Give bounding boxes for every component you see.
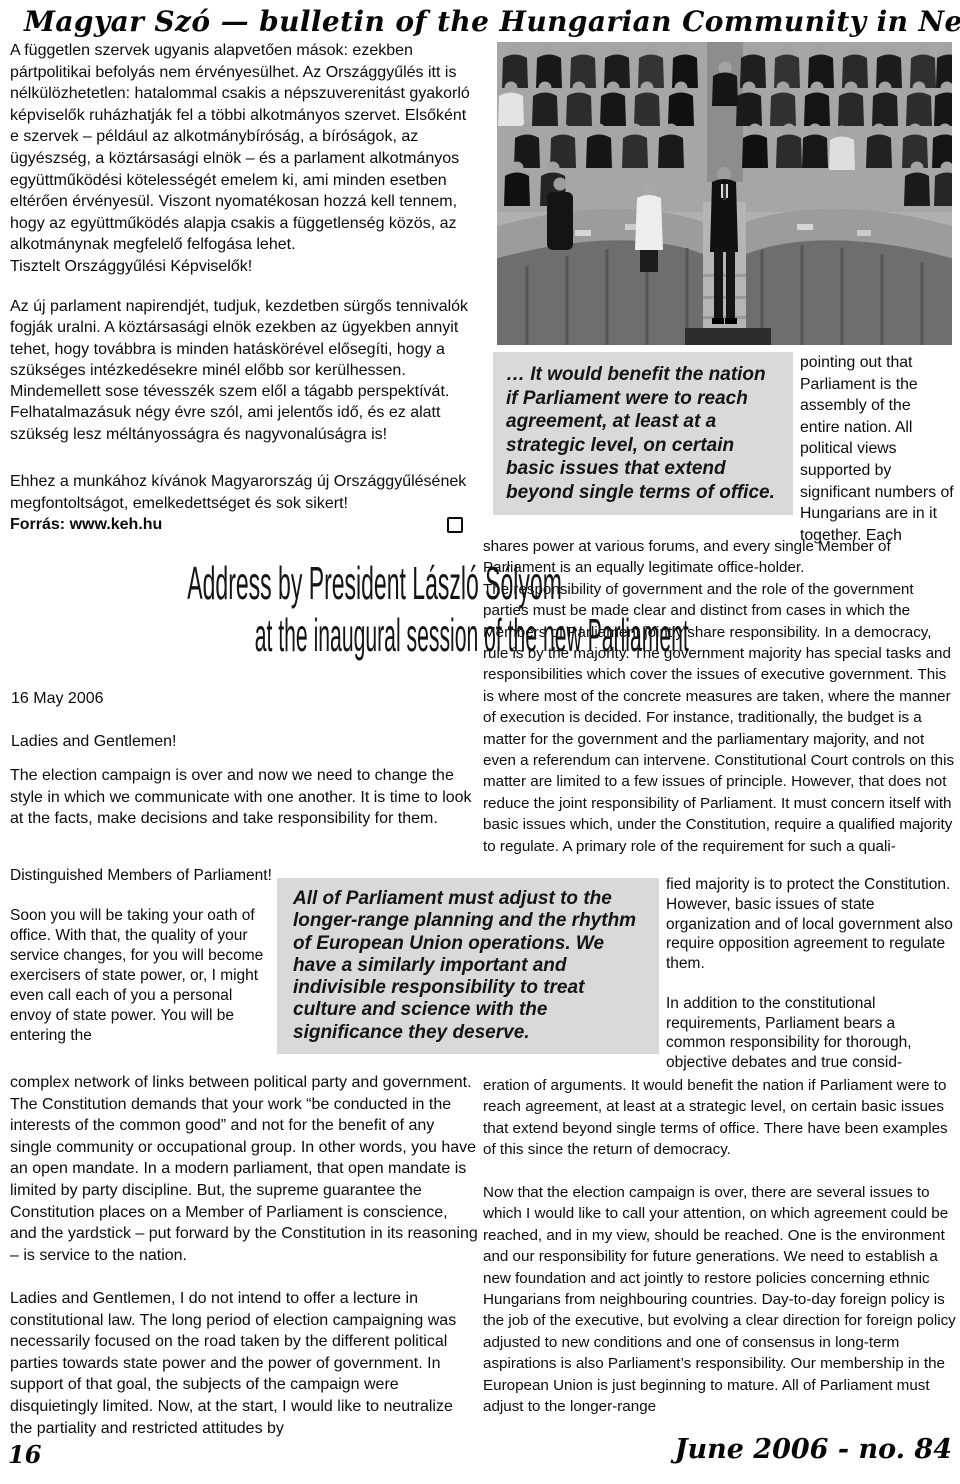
end-of-article-icon: [447, 517, 463, 533]
headline-line-2: at the inaugural session of the new Parl…: [255, 610, 689, 660]
headline-line-1: Address by President László Sólyom: [187, 558, 562, 608]
article-body-left-3: complex network of links between politic…: [10, 1072, 478, 1439]
article-body-left-2: Distinguished Members of Parliament! Soo…: [10, 866, 272, 1068]
article-body-right-4: eration of arguments. It would benefit t…: [483, 1075, 957, 1421]
pull-quote-1: … It would benefit the nation if Parliam…: [493, 352, 793, 515]
article-body-right-1: pointing out that Parliament is the asse…: [800, 352, 954, 546]
page-number: 16: [8, 1440, 41, 1469]
headline: Address by President László Sólyom at th…: [0, 558, 488, 662]
pull-quote-2: All of Parliament must adjust to the lon…: [277, 878, 659, 1054]
salutation: Ladies and Gentlemen!: [11, 731, 176, 753]
article-body-right-3: fied majority is to protect the Constitu…: [666, 875, 958, 1075]
intro-paragraph-3: Ehhez a munkához kívánok Magyarország új…: [10, 471, 472, 514]
intro-paragraph-1: A független szervek ugyanis alapvetően m…: [10, 40, 472, 278]
bulletin-page: Magyar Szó — bulletin of the Hungarian C…: [0, 0, 960, 1484]
article-body-left-1: The election campaign is over and now we…: [10, 765, 474, 830]
issue-label: June 2006 - no. 84: [675, 1434, 952, 1465]
source-line: Forrás: www.keh.hu: [10, 514, 162, 535]
parliament-photo: [497, 42, 952, 345]
article-date: 16 May 2006: [11, 688, 104, 710]
masthead-title: Magyar Szó — bulletin of the Hungarian C…: [24, 5, 960, 38]
intro-paragraph-2: Az új parlament napirendjét, tudjuk, kez…: [10, 296, 472, 445]
